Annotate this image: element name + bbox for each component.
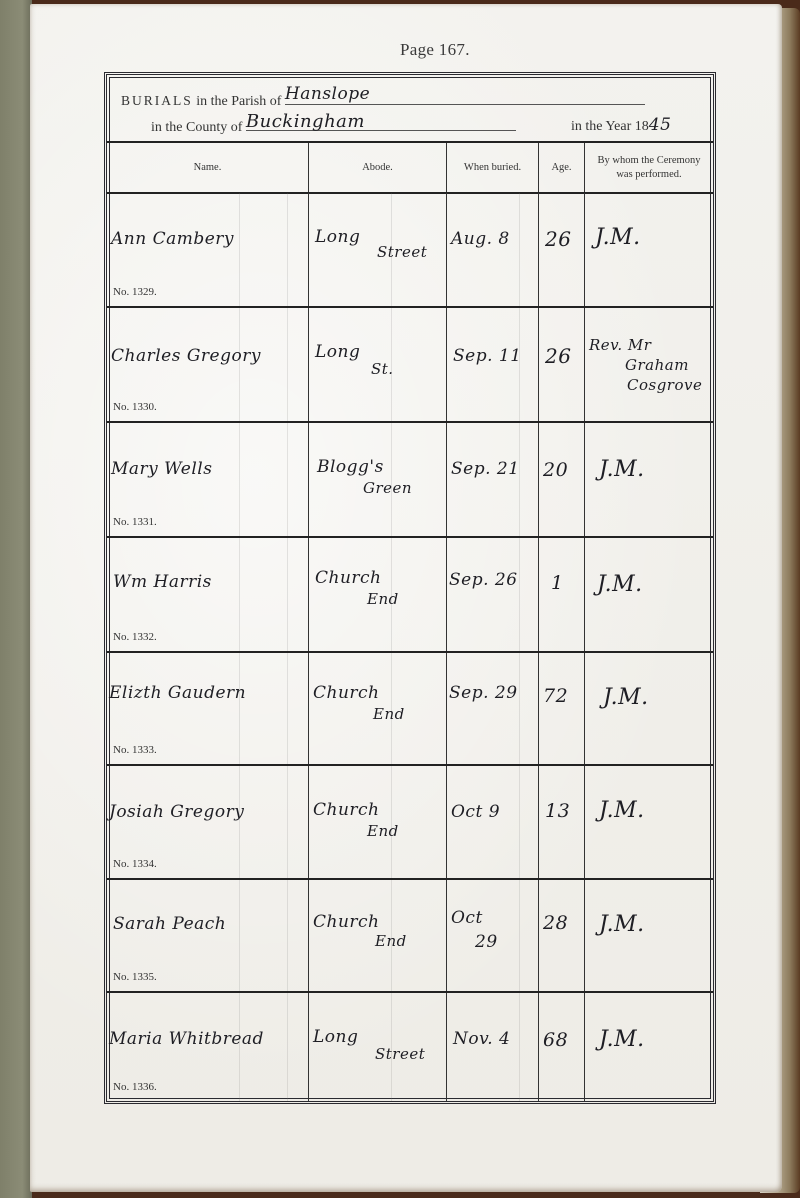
age-value: 72 xyxy=(543,685,568,707)
register-title-block: BURIALS in the Parish of Hanslope in the… xyxy=(107,75,713,143)
abode-cell: Church End xyxy=(309,880,447,991)
age-cell: 28 xyxy=(539,880,585,991)
age-value: 26 xyxy=(545,227,571,251)
parish-value: Hanslope xyxy=(285,84,370,104)
table-row: Sarah Peach No. 1335. Church End Oct 29 … xyxy=(107,880,713,993)
name-cell: Wm Harris No. 1332. xyxy=(107,538,309,651)
officiant-line1: Rev. Mr xyxy=(589,336,651,354)
table-row: Elizth Gaudern No. 1333. Church End Sep.… xyxy=(107,653,713,766)
age-value: 68 xyxy=(543,1029,568,1051)
entry-number: No. 1331. xyxy=(113,516,157,528)
column-header-officiant-label: By whom the Ceremony was performed. xyxy=(598,154,701,182)
entry-name: Wm Harris xyxy=(113,572,212,592)
entry-name: Elizth Gaudern xyxy=(109,683,246,703)
officiant-cell: J.M. xyxy=(585,538,713,651)
name-cell: Elizth Gaudern No. 1333. xyxy=(107,653,309,764)
page-number: Page 167. xyxy=(400,40,470,60)
county-label: in the County of xyxy=(151,120,246,135)
abode-line2: Street xyxy=(375,1045,425,1063)
column-header-age-label: Age. xyxy=(551,161,571,175)
entry-name: Sarah Peach xyxy=(113,914,226,934)
burial-date: Aug. 8 xyxy=(451,229,510,249)
abode-line2: End xyxy=(367,822,399,840)
entry-name: Josiah Gregory xyxy=(109,802,244,822)
entry-number: No. 1329. xyxy=(113,286,157,298)
abode-line1: Blogg's xyxy=(317,457,384,477)
table-row: Wm Harris No. 1332. Church End Sep. 26 1… xyxy=(107,538,713,653)
officiant-cell: J.M. xyxy=(585,653,713,764)
abode-line1: Church xyxy=(313,912,380,932)
burial-date: Sep. 26 xyxy=(449,570,518,590)
burial-date-day: 29 xyxy=(475,932,498,952)
county-value: Buckingham xyxy=(246,111,365,132)
abode-line1: Church xyxy=(315,568,382,588)
entry-number: No. 1336. xyxy=(113,1081,157,1093)
column-header-abode-label: Abode. xyxy=(362,161,393,175)
burial-date: Sep. 11 xyxy=(453,346,522,366)
officiant-cell: J.M. xyxy=(585,993,713,1101)
date-cell: Nov. 4 xyxy=(447,993,539,1101)
name-cell: Charles Gregory No. 1330. xyxy=(107,308,309,421)
officiant-line2: Graham xyxy=(625,356,689,374)
county-field: Buckingham xyxy=(246,115,516,131)
officiant-cell: J.M. xyxy=(585,880,713,991)
age-cell: 68 xyxy=(539,993,585,1101)
abode-cell: Church End xyxy=(309,538,447,651)
title-line-county: in the County of Buckingham xyxy=(151,115,516,136)
column-header-name-label: Name. xyxy=(194,161,222,175)
burial-date: Sep. 21 xyxy=(451,459,520,479)
age-value: 1 xyxy=(551,572,564,594)
year-value: 45 xyxy=(649,115,672,135)
abode-cell: Long Street xyxy=(309,993,447,1101)
abode-cell: Church End xyxy=(309,653,447,764)
entry-name: Ann Cambery xyxy=(111,229,234,249)
age-value: 20 xyxy=(543,459,568,481)
date-cell: Sep. 29 xyxy=(447,653,539,764)
table-row: Charles Gregory No. 1330. Long St. Sep. … xyxy=(107,308,713,423)
officiant-value: J.M. xyxy=(597,572,643,597)
abode-line2: End xyxy=(375,932,407,950)
title-burials: BURIALS xyxy=(121,93,193,108)
entry-number: No. 1335. xyxy=(113,971,157,983)
entry-name: Mary Wells xyxy=(111,459,212,479)
burial-date: Sep. 29 xyxy=(449,683,518,703)
date-cell: Oct 29 xyxy=(447,880,539,991)
age-value: 28 xyxy=(543,912,568,934)
entry-number: No. 1332. xyxy=(113,631,157,643)
table-row: Ann Cambery No. 1329. Long Street Aug. 8… xyxy=(107,193,713,308)
officiant-value: J.M. xyxy=(599,457,645,482)
officiant-cell: Rev. Mr Graham Cosgrove xyxy=(585,308,713,421)
abode-cell: Long St. xyxy=(309,308,447,421)
date-cell: Oct 9 xyxy=(447,766,539,878)
abode-line2: St. xyxy=(371,360,394,378)
abode-line2: End xyxy=(367,590,399,608)
name-cell: Sarah Peach No. 1335. xyxy=(107,880,309,991)
name-cell: Mary Wells No. 1331. xyxy=(107,423,309,536)
column-header-when-buried: When buried. xyxy=(447,143,539,193)
parish-field: Hanslope xyxy=(285,89,645,105)
officiant-value: J.M. xyxy=(603,685,649,710)
name-cell: Josiah Gregory No. 1334. xyxy=(107,766,309,878)
officiant-cell: J.M. xyxy=(585,193,713,306)
burial-date: Nov. 4 xyxy=(453,1029,510,1049)
abode-line2: Street xyxy=(377,243,427,261)
entry-number: No. 1333. xyxy=(113,744,157,756)
age-cell: 72 xyxy=(539,653,585,764)
abode-cell: Long Street xyxy=(309,193,447,306)
officiant-value: J.M. xyxy=(599,912,645,937)
age-cell: 26 xyxy=(539,193,585,306)
officiant-header-line2: was performed. xyxy=(616,169,681,180)
year-field: in the Year 1845 xyxy=(571,115,671,135)
officiant-header-line1: By whom the Ceremony xyxy=(598,155,701,166)
entry-number: No. 1334. xyxy=(113,858,157,870)
age-cell: 26 xyxy=(539,308,585,421)
date-cell: Sep. 21 xyxy=(447,423,539,536)
column-header-abode: Abode. xyxy=(309,143,447,193)
table-row: Josiah Gregory No. 1334. Church End Oct … xyxy=(107,766,713,880)
entry-name: Maria Whitbread xyxy=(109,1029,264,1049)
officiant-cell: J.M. xyxy=(585,766,713,878)
abode-line1: Church xyxy=(313,683,380,703)
column-header-age: Age. xyxy=(539,143,585,193)
name-cell: Maria Whitbread No. 1336. xyxy=(107,993,309,1101)
burial-date: Oct xyxy=(451,908,483,928)
officiant-line3: Cosgrove xyxy=(627,376,702,394)
table-row: Mary Wells No. 1331. Blogg's Green Sep. … xyxy=(107,423,713,538)
date-cell: Sep. 26 xyxy=(447,538,539,651)
age-cell: 20 xyxy=(539,423,585,536)
abode-cell: Blogg's Green xyxy=(309,423,447,536)
name-cell: Ann Cambery No. 1329. xyxy=(107,193,309,306)
abode-line1: Long xyxy=(315,342,360,362)
date-cell: Aug. 8 xyxy=(447,193,539,306)
abode-line1: Long xyxy=(313,1027,358,1047)
entry-name: Charles Gregory xyxy=(111,346,261,366)
officiant-value: J.M. xyxy=(599,1027,645,1052)
abode-line2: Green xyxy=(363,479,412,497)
abode-line2: End xyxy=(373,705,405,723)
officiant-value: J.M. xyxy=(599,798,645,823)
abode-cell: Church End xyxy=(309,766,447,878)
column-header-name: Name. xyxy=(107,143,309,193)
age-value: 13 xyxy=(545,800,570,822)
date-cell: Sep. 11 xyxy=(447,308,539,421)
book-spine xyxy=(0,0,32,1198)
age-cell: 1 xyxy=(539,538,585,651)
burial-register-table: BURIALS in the Parish of Hanslope in the… xyxy=(104,72,716,1104)
column-header-when-buried-label: When buried. xyxy=(464,161,521,175)
burial-date: Oct 9 xyxy=(451,802,500,822)
table-row: Maria Whitbread No. 1336. Long Street No… xyxy=(107,993,713,1101)
officiant-value: J.M. xyxy=(595,225,641,250)
parish-label: in the Parish of xyxy=(193,94,285,109)
age-cell: 13 xyxy=(539,766,585,878)
abode-line1: Church xyxy=(313,800,380,820)
entry-number: No. 1330. xyxy=(113,401,157,413)
title-line-parish: BURIALS in the Parish of Hanslope xyxy=(121,89,645,110)
year-label: in the Year 18 xyxy=(571,119,649,134)
age-value: 26 xyxy=(545,344,571,368)
column-header-officiant: By whom the Ceremony was performed. xyxy=(585,143,713,193)
abode-line1: Long xyxy=(315,227,360,247)
officiant-cell: J.M. xyxy=(585,423,713,536)
